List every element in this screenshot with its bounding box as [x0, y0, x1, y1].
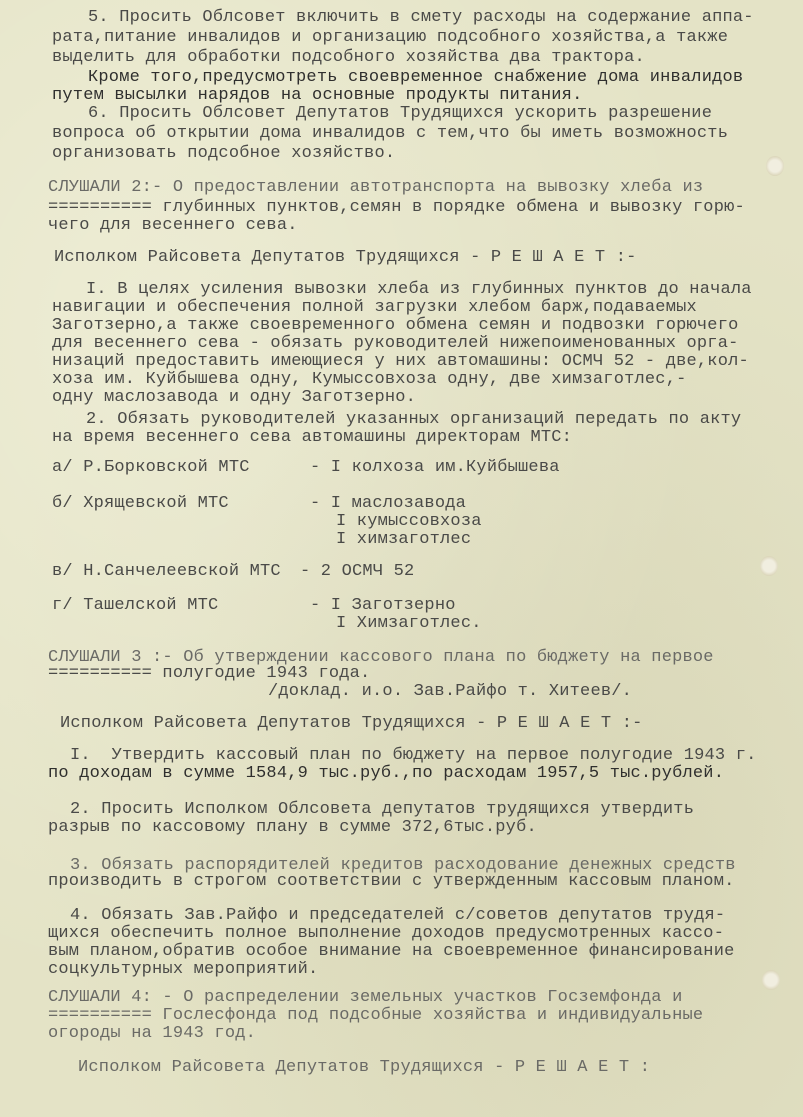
text-line: по доходам в сумме 1584,9 тыс.руб.,по ра… — [48, 764, 724, 784]
text-line: одну маслозавода и одну Заготзерно. — [52, 388, 416, 408]
text-line: I. В целях усиления вывозки хлеба из глу… — [86, 280, 752, 300]
text-line: на время весеннего сева автомашины дирек… — [52, 428, 572, 448]
allocation-item: - I маслозавода — [310, 494, 466, 514]
text-line: организовать подсобное хозяйство. — [52, 144, 395, 164]
text-line: ========== глубинных пунктов,семян в пор… — [48, 198, 745, 218]
text-line: 2. Обязать руководителей указанных орган… — [86, 410, 741, 430]
text-line: выделить для обработки подсобного хозяйс… — [52, 48, 645, 68]
text-line: ========== Гослесфонда под подсобные хоз… — [48, 1006, 703, 1026]
allocation-item: I химзаготлес — [336, 530, 471, 550]
resolution-heading: Исполком Райсовета Депутатов Трудящихся … — [78, 1058, 650, 1078]
text-line: огороды на 1943 год. — [48, 1024, 256, 1044]
document-page: 5. Просить Облсовет включить в смету рас… — [0, 0, 803, 1117]
text-line: 5. Просить Облсовет включить в смету рас… — [88, 8, 754, 28]
text-line: Заготзерно,а также своевременного обмена… — [52, 316, 739, 336]
punch-hole — [766, 156, 784, 176]
text-line: вопроса об открытии дома инвалидов с тем… — [52, 124, 728, 144]
text-line: хоза им. Куйбышева одну, Кумыссовхоза од… — [52, 370, 687, 390]
text-line: ========== полугодие 1943 года. — [48, 664, 370, 684]
punch-hole — [760, 556, 778, 576]
allocation-item: I кумыссовхоза — [336, 512, 482, 532]
text-line: производить в строгом соответствии с утв… — [48, 872, 735, 892]
heard-heading: СЛУШАЛИ 4: - О распределении земельных у… — [48, 988, 683, 1008]
allocation-item: - I Заготзерно — [310, 596, 456, 616]
text-line: вым планом,обратив особое внимание на св… — [48, 942, 735, 962]
text-line: навигации и обеспечения полной загрузки … — [52, 298, 697, 318]
text-line: 2. Просить Исполком Облсовета депутатов … — [70, 800, 694, 820]
text-line: щихся обеспечить полное выполнение доход… — [48, 924, 724, 944]
text-line: для весеннего сева - обязать руководител… — [52, 334, 739, 354]
text-line: чего для весеннего сева. — [48, 216, 298, 236]
allocation-item: - 2 ОСМЧ 52 — [300, 562, 414, 582]
allocation-label: в/ Н.Санчелеевской МТС — [52, 562, 281, 582]
allocation-item: - I колхоза им.Куйбышева — [310, 458, 560, 478]
text-line: рата,питание инвалидов и организацию под… — [52, 28, 728, 48]
text-line: разрыв по кассовому плану в сумме 372,6т… — [48, 818, 537, 838]
text-line: соцкультурных мероприятий. — [48, 960, 318, 980]
allocation-label: а/ Р.Борковской МТС — [52, 458, 250, 478]
resolution-heading: Исполком Райсовета Депутатов Трудящихся … — [60, 714, 643, 734]
text-line: низаций предоставить имеющиеся у них авт… — [52, 352, 749, 372]
punch-hole — [762, 970, 780, 990]
allocation-label: б/ Хрящевской МТС — [52, 494, 229, 514]
heard-heading: СЛУШАЛИ 2:- О предоставлении автотранспо… — [48, 178, 703, 198]
text-line: 6. Просить Облсовет Депутатов Трудящихся… — [88, 104, 712, 124]
text-line: Кроме того,предусмотреть своевременное с… — [88, 68, 743, 88]
allocation-label: г/ Ташелской МТС — [52, 596, 218, 616]
text-line: I. Утвердить кассовый план по бюджету на… — [70, 746, 757, 766]
text-line: /доклад. и.о. Зав.Райфо т. Хитеев/. — [268, 682, 632, 702]
resolution-heading: Исполком Райсовета Депутатов Трудящихся … — [54, 248, 637, 268]
text-line: путем высылки нарядов на основные продук… — [52, 86, 583, 106]
text-line: 4. Обязать Зав.Райфо и председателей с/с… — [70, 906, 725, 926]
allocation-item: I Химзаготлес. — [336, 614, 482, 634]
